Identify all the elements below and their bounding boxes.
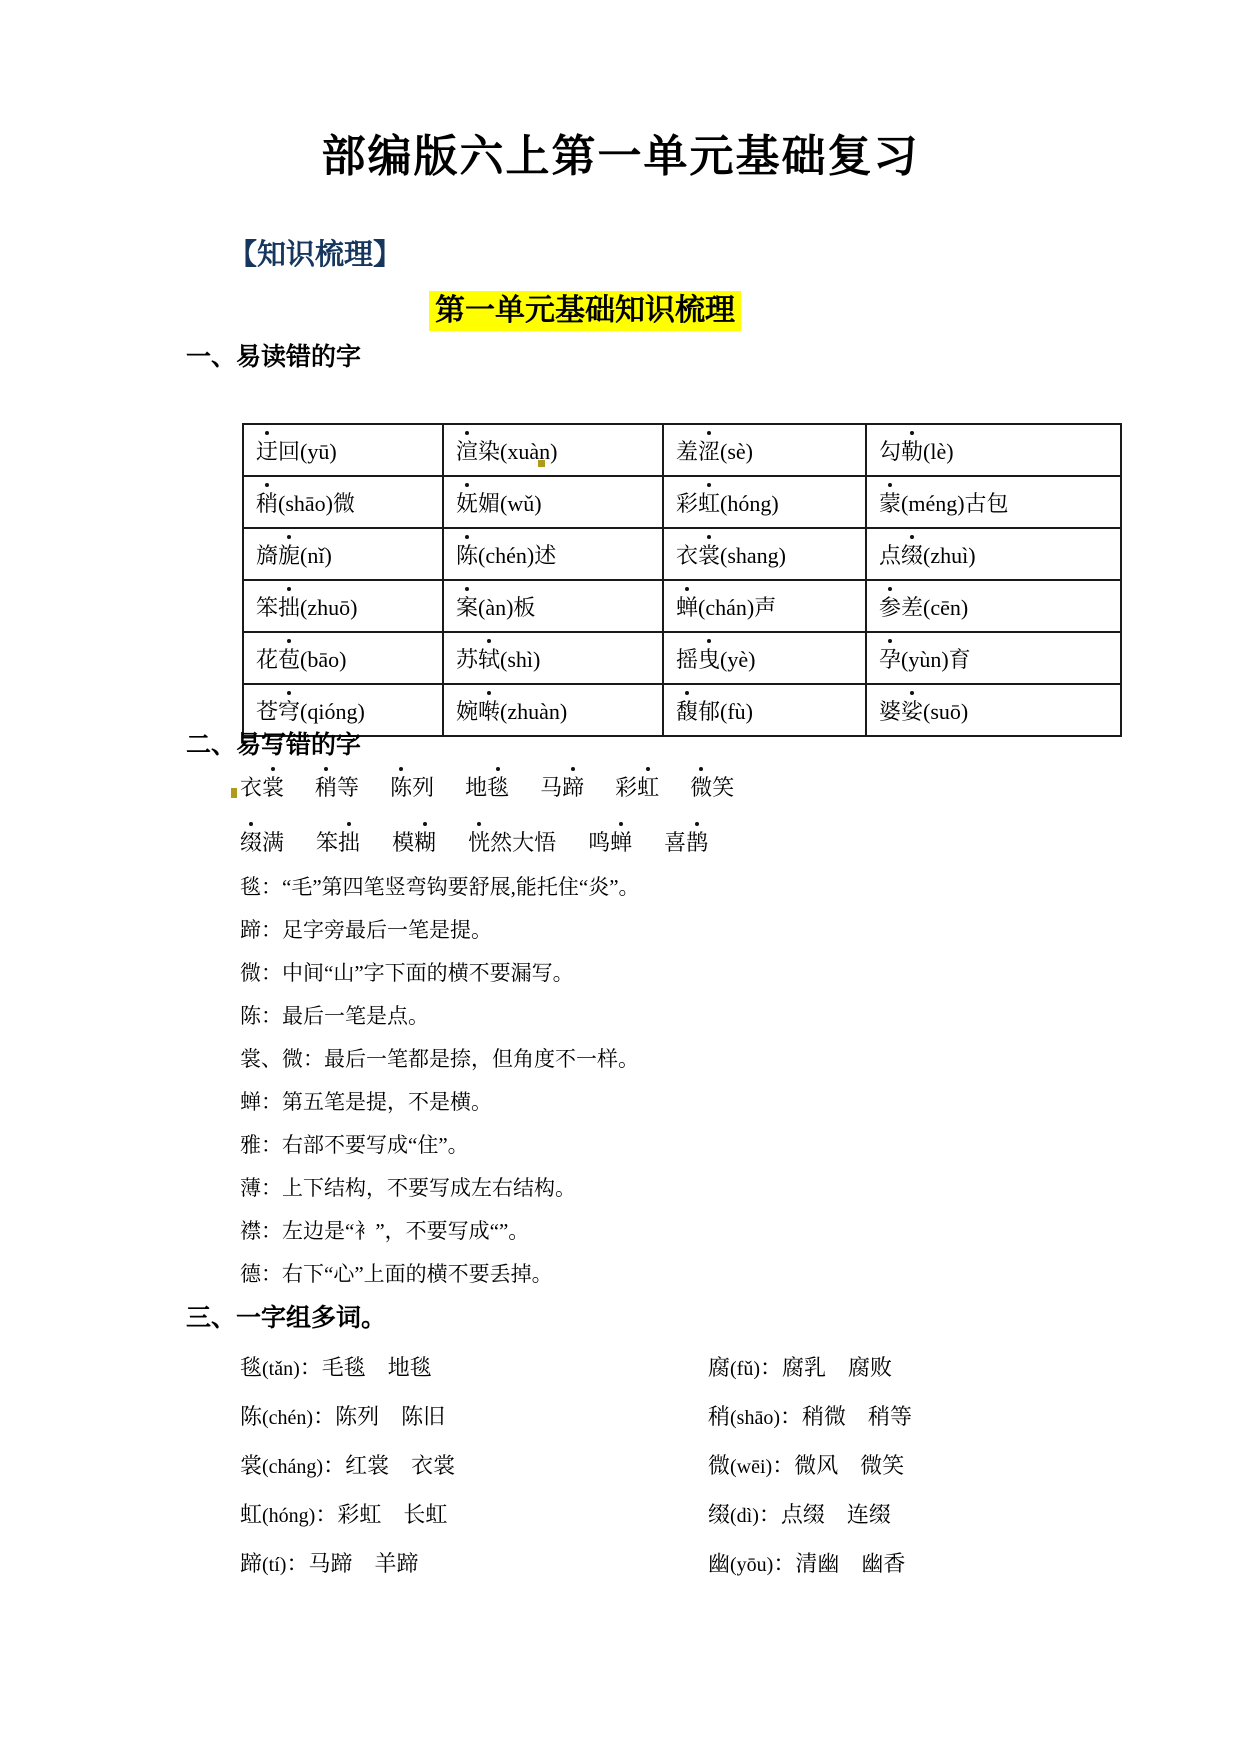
- table-cell: 妩媚(wǔ): [443, 476, 663, 528]
- table-cell: 参差(cēn): [866, 580, 1121, 632]
- word-group-column-left: 毯(tǎn)：毛毯 地毯陈(chén)：陈列 陈旧裳(cháng)：红裳 衣裳虹…: [240, 1344, 455, 1589]
- emphasis-dot-char: 穹: [278, 699, 300, 724]
- document-page: 部编版六上第一单元基础复习 【知识梳理】 第一单元基础知识梳理 一、易读错的字 …: [0, 0, 1241, 1754]
- emphasis-dot-char: 参: [879, 595, 901, 620]
- pinyin-text: (shāo): [730, 1407, 780, 1429]
- section3-heading: 三、一字组多词。: [186, 1304, 386, 1332]
- emphasis-dot-char: 苞: [278, 647, 300, 672]
- pinyin-text: (tí): [262, 1554, 286, 1576]
- emphasis-dot-char: 拙: [278, 595, 300, 620]
- table-cell: 蒙(méng)古包: [866, 476, 1121, 528]
- table-cell: 笨拙(zhuō): [243, 580, 443, 632]
- word-item: 稍等: [315, 773, 359, 803]
- table-cell: 点缀(zhuì): [866, 528, 1121, 580]
- highlight-heading-wrap: 第一单元基础知识梳理: [0, 291, 1170, 331]
- table-row: 稍(shāo)微妩媚(wǔ)彩虹(hóng)蒙(méng)古包: [243, 476, 1121, 528]
- emphasis-dot-char: 渲: [456, 439, 478, 464]
- emphasis-dot-char: 蝉: [610, 830, 632, 855]
- emphasis-dot-char: 娑: [901, 699, 923, 724]
- pinyin-text: (fǔ): [730, 1358, 760, 1380]
- writing-note: 蹄：足字旁最后一笔是提。: [240, 909, 640, 952]
- emphasis-dot-char: 蹄: [562, 775, 584, 800]
- emphasis-dot-char: 缀: [240, 830, 262, 855]
- word-item: 彩虹: [615, 773, 659, 803]
- word-group-row: 微(wēi)：微风 微笑: [708, 1442, 912, 1491]
- writing-note: 陈：最后一笔是点。: [240, 995, 640, 1038]
- emphasis-dot-char: 糊: [414, 830, 436, 855]
- knowledge-review-header: 【知识梳理】: [228, 238, 402, 272]
- word-item: 笨拙: [316, 828, 360, 858]
- word-group-row: 裳(cháng)：红裳 衣裳: [240, 1442, 455, 1491]
- miswritten-word-line-1: 衣裳稍等陈列地毯马蹄彩虹微笑: [240, 773, 734, 803]
- word-item: 模糊: [392, 828, 436, 858]
- misread-characters-table: 迂回(yū)渲染(xuàn)羞涩(sè)勾勒(lè)稍(shāo)微妩媚(wǔ)…: [242, 423, 1122, 737]
- table-cell: 渲染(xuàn): [443, 424, 663, 476]
- writing-note: 裳、微：最后一笔都是捺，但角度不一样。: [240, 1038, 640, 1081]
- emphasis-dot-char: 虹: [698, 491, 720, 516]
- pinyin-text: (wēi): [730, 1456, 772, 1478]
- word-item: 恍然大悟: [468, 828, 556, 858]
- emphasis-dot-char: 案: [456, 595, 478, 620]
- word-item: 地毯: [465, 773, 509, 803]
- table-cell: 馥郁(fù): [663, 684, 866, 736]
- word-item: 衣裳: [240, 773, 284, 803]
- highlight-heading: 第一单元基础知识梳理: [429, 291, 741, 331]
- word-group-row: 缀(dì)：点缀 连缀: [708, 1491, 912, 1540]
- table-cell: 蝉(chán)声: [663, 580, 866, 632]
- emphasis-dot-char: 妩: [456, 491, 478, 516]
- pinyin-text: (yōu): [730, 1554, 773, 1576]
- word-item: 微笑: [690, 773, 734, 803]
- writing-notes-list: 毯：“毛”第四笔竖弯钩要舒展,能托住“炎”。蹄：足字旁最后一笔是提。微：中间“山…: [240, 866, 640, 1296]
- table-cell: 花苞(bāo): [243, 632, 443, 684]
- emphasis-dot-char: 陈: [390, 775, 412, 800]
- miswritten-word-line-2: 缀满笨拙模糊恍然大悟鸣蝉喜鹊: [240, 828, 708, 858]
- writing-note: 襟：左边是“衤”，不要写成“”。: [240, 1210, 640, 1253]
- pinyin-text: (tǎn): [262, 1358, 300, 1380]
- writing-note: 微：中间“山”字下面的横不要漏写。: [240, 952, 640, 995]
- table-cell: 旖旎(nǐ): [243, 528, 443, 580]
- emphasis-dot-char: 涩: [698, 439, 720, 464]
- word-group-row: 稍(shāo)：稍微 稍等: [708, 1393, 912, 1442]
- emphasis-dot-char: 裳: [698, 543, 720, 568]
- table-cell: 苏轼(shì): [443, 632, 663, 684]
- writing-note: 蝉：第五笔是提，不是横。: [240, 1081, 640, 1124]
- document-title: 部编版六上第一单元基础复习: [0, 133, 1241, 181]
- writing-note: 雅：右部不要写成“住”。: [240, 1124, 640, 1167]
- word-group-row: 蹄(tí)：马蹄 羊蹄: [240, 1540, 455, 1589]
- table-cell: 衣裳(shang): [663, 528, 866, 580]
- table-cell: 摇曳(yè): [663, 632, 866, 684]
- writing-note: 薄：上下结构，不要写成左右结构。: [240, 1167, 640, 1210]
- pinyin-text: (dì): [730, 1505, 759, 1527]
- word-item: 马蹄: [540, 773, 584, 803]
- pinyin-text: (cháng): [262, 1456, 323, 1478]
- table-cell: 陈(chén)述: [443, 528, 663, 580]
- table-cell: 羞涩(sè): [663, 424, 866, 476]
- word-group-row: 虹(hóng)：彩虹 长虹: [240, 1491, 455, 1540]
- emphasis-dot-char: 轼: [478, 647, 500, 672]
- emphasis-dot-char: 啭: [478, 699, 500, 724]
- section2-heading: 二、易写错的字: [186, 731, 361, 759]
- emphasis-dot-char: 微: [690, 775, 712, 800]
- table-row: 迂回(yū)渲染(xuàn)羞涩(sè)勾勒(lè): [243, 424, 1121, 476]
- emphasis-dot-char: 迂: [256, 439, 278, 464]
- emphasis-dot-char: 蒙: [879, 491, 901, 516]
- table-row: 苍穹(qióng)婉啭(zhuàn)馥郁(fù)婆娑(suō): [243, 684, 1121, 736]
- word-item: 鸣蝉: [588, 828, 632, 858]
- pinyin-text: (hóng): [262, 1505, 315, 1527]
- emphasis-dot-char: 稍: [315, 775, 337, 800]
- word-group-row: 幽(yōu)：清幽 幽香: [708, 1540, 912, 1589]
- word-group-row: 腐(fǔ)：腐乳 腐败: [708, 1344, 912, 1393]
- writing-note: 德：右下“心”上面的横不要丢掉。: [240, 1253, 640, 1296]
- table-cell: 孕(yùn)育: [866, 632, 1121, 684]
- table-cell: 稍(shāo)微: [243, 476, 443, 528]
- emphasis-dot-char: 孕: [879, 647, 901, 672]
- emphasis-dot-char: 恍: [468, 830, 490, 855]
- emphasis-dot-char: 鹊: [686, 830, 708, 855]
- table-cell: 彩虹(hóng): [663, 476, 866, 528]
- writing-note: 毯：“毛”第四笔竖弯钩要舒展,能托住“炎”。: [240, 866, 640, 909]
- emphasis-dot-char: 蝉: [676, 595, 698, 620]
- word-item: 陈列: [390, 773, 434, 803]
- emphasis-dot-char: 毯: [487, 775, 509, 800]
- word-group-row: 陈(chén)：陈列 陈旧: [240, 1393, 455, 1442]
- emphasis-dot-char: 虹: [637, 775, 659, 800]
- emphasis-dot-char: 裳: [262, 775, 284, 800]
- table-cell: 迂回(yū): [243, 424, 443, 476]
- emphasis-dot-char: 缀: [901, 543, 923, 568]
- table-cell: 婆娑(suō): [866, 684, 1121, 736]
- emphasis-dot-char: 馥: [676, 699, 698, 724]
- word-group-column-right: 腐(fǔ)：腐乳 腐败稍(shāo)：稍微 稍等微(wēi)：微风 微笑缀(dì…: [708, 1344, 912, 1589]
- annotation-mark-yishang: [231, 788, 237, 798]
- table-row: 笨拙(zhuō)案(àn)板蝉(chán)声参差(cēn): [243, 580, 1121, 632]
- emphasis-dot-char: 陈: [456, 543, 478, 568]
- emphasis-dot-char: 旎: [278, 543, 300, 568]
- word-item: 缀满: [240, 828, 284, 858]
- emphasis-dot-char: 拙: [338, 830, 360, 855]
- table-row: 旖旎(nǐ)陈(chén)述衣裳(shang)点缀(zhuì): [243, 528, 1121, 580]
- section1-heading: 一、易读错的字: [186, 343, 361, 371]
- table-cell: 案(àn)板: [443, 580, 663, 632]
- table-cell: 苍穹(qióng): [243, 684, 443, 736]
- emphasis-dot-char: 稍: [256, 491, 278, 516]
- pinyin-text: (chén): [262, 1407, 313, 1429]
- word-item: 喜鹊: [664, 828, 708, 858]
- word-group-row: 毯(tǎn)：毛毯 地毯: [240, 1344, 455, 1393]
- table-cell: 勾勒(lè): [866, 424, 1121, 476]
- emphasis-dot-char: 曳: [698, 647, 720, 672]
- emphasis-dot-char: 勒: [901, 439, 923, 464]
- annotation-mark-xuan: [538, 460, 545, 467]
- table-row: 花苞(bāo)苏轼(shì)摇曳(yè)孕(yùn)育: [243, 632, 1121, 684]
- table-cell: 婉啭(zhuàn): [443, 684, 663, 736]
